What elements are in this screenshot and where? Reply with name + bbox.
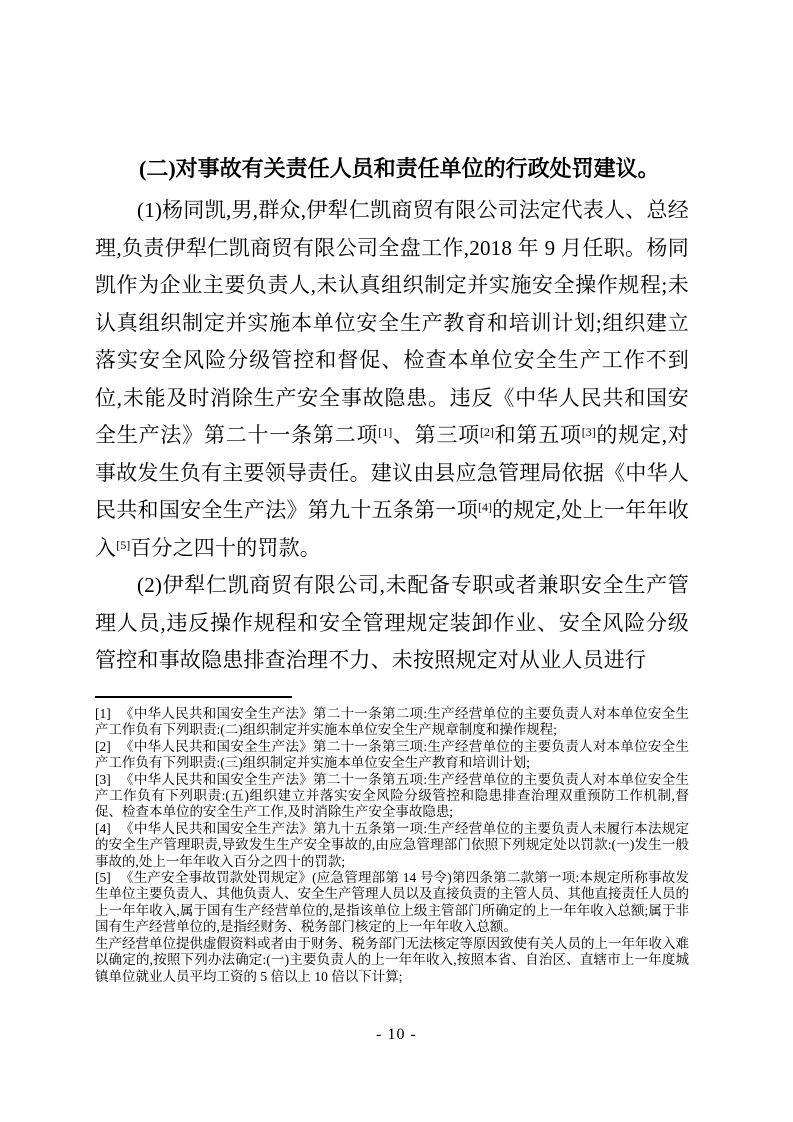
footnote-item: [5]《生产安全事故罚款处罚规定》(应急管理部第 14 号令)第四条第二款第一项… — [95, 870, 689, 936]
footnote-item: [2]《中华人民共和国安全生产法》第二十一条第三项:生产经营单位的主要负责人对本… — [95, 739, 689, 772]
document-content: (二)对事故有关责任人员和责任单位的行政处罚建议。 (1)杨同凯,男,群众,伊犁… — [95, 146, 689, 680]
footnote-marker: [3] — [95, 772, 111, 787]
body-paragraph: (1)杨同凯,男,群众,伊犁仁凯商贸有限公司法定代表人、总经理,负责伊犁仁凯商贸… — [95, 192, 689, 567]
footnote-text: 《中华人民共和国安全生产法》第二十一条第二项:生产经营单位的主要负责人对本单位安… — [95, 706, 689, 737]
footnote-reference: [3] — [582, 425, 596, 439]
footnotes-section: [1]《中华人民共和国安全生产法》第二十一条第二项:生产经营单位的主要负责人对本… — [95, 696, 689, 985]
document-page: (二)对事故有关责任人员和责任单位的行政处罚建议。 (1)杨同凯,男,群众,伊犁… — [0, 0, 793, 1122]
page-number: - 10 - — [0, 1026, 793, 1044]
footnote-text: 《中华人民共和国安全生产法》第二十一条第五项:生产经营单位的主要负责人对本单位安… — [95, 772, 689, 820]
footnote-marker: [5] — [95, 870, 111, 885]
footnote-text: 《生产安全事故罚款处罚规定》(应急管理部第 14 号令)第四条第二款第一项:本规… — [95, 870, 689, 934]
footnotes-list: [1]《中华人民共和国安全生产法》第二十一条第二项:生产经营单位的主要负责人对本… — [95, 706, 689, 985]
footnote-text: 生产经营单位提供虚假资料或者由于财务、税务部门无法核定等原因致使有关人员的上一年… — [95, 936, 689, 984]
footnote-reference: [4] — [478, 500, 492, 514]
section-heading: (二)对事故有关责任人员和责任单位的行政处罚建议。 — [95, 146, 689, 192]
footnote-marker: [4] — [95, 821, 111, 836]
footnote-item: [3]《中华人民共和国安全生产法》第二十一条第五项:生产经营单位的主要负责人对本… — [95, 772, 689, 821]
footnote-item: [1]《中华人民共和国安全生产法》第二十一条第二项:生产经营单位的主要负责人对本… — [95, 706, 689, 739]
footnote-marker: [2] — [95, 739, 111, 754]
footnote-marker: [1] — [95, 706, 111, 721]
footnote-separator — [95, 696, 292, 698]
footnote-reference: [2] — [480, 425, 494, 439]
body-paragraphs: (1)杨同凯,男,群众,伊犁仁凯商贸有限公司法定代表人、总经理,负责伊犁仁凯商贸… — [95, 192, 689, 680]
footnote-reference: [5] — [116, 538, 130, 552]
footnote-item: 生产经营单位提供虚假资料或者由于财务、税务部门无法核定等原因致使有关人员的上一年… — [95, 936, 689, 985]
footnote-item: [4]《中华人民共和国安全生产法》第九十五条第一项:生产经营单位的主要负责人未履… — [95, 821, 689, 870]
footnote-text: 《中华人民共和国安全生产法》第二十一条第三项:生产经营单位的主要负责人对本单位安… — [95, 739, 689, 770]
footnote-reference: [1] — [378, 425, 392, 439]
footnote-text: 《中华人民共和国安全生产法》第九十五条第一项:生产经营单位的主要负责人未履行本法… — [95, 821, 689, 869]
body-paragraph: (2)伊犁仁凯商贸有限公司,未配备专职或者兼职安全生产管理人员,违反操作规程和安… — [95, 567, 689, 680]
